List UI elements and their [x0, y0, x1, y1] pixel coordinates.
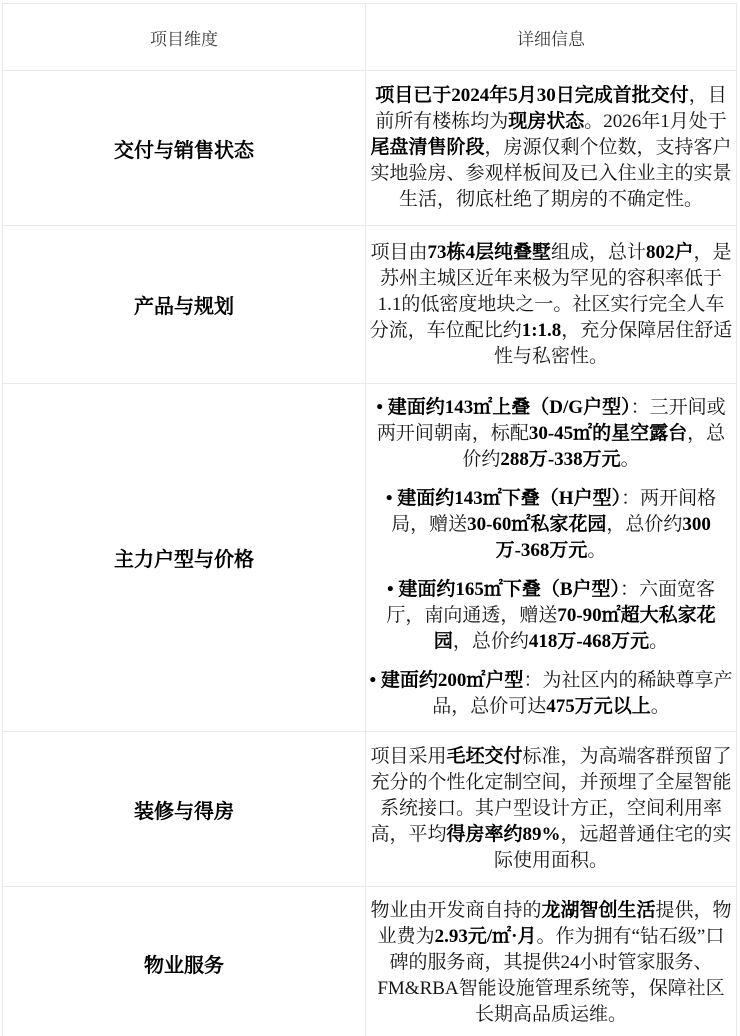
text-segment: 得房率约89% — [446, 824, 560, 845]
text-segment: 项目采用 — [370, 746, 446, 767]
table-row: 物业服务 物业由开发商自持的龙湖智创生活提供，物业费为2.93元/㎡·月。作为拥… — [3, 887, 737, 1036]
dimension-cell: 交付与销售状态 — [3, 71, 366, 226]
table-row: 主力户型与价格 • 建面约143㎡上叠（D/G户型）：三开间或两开间朝南，标配3… — [3, 384, 737, 732]
details-paragraph: 项目采用毛坯交付标准，为高端客群预留了充分的个性化定制空间，并预埋了全屋智能系统… — [369, 744, 733, 874]
dimension-cell: 产品与规划 — [3, 226, 366, 384]
text-segment: 288万-338万元 — [500, 449, 620, 470]
details-paragraph: • 建面约200㎡户型：为社区内的稀缺尊享产品，总价可达475万元以上。 — [369, 668, 733, 720]
text-segment: 尾盘清售阶段 — [370, 137, 484, 158]
text-segment: 。 — [621, 449, 640, 470]
text-segment: 475万元以上 — [546, 696, 651, 717]
text-segment: ，总价约 — [453, 631, 529, 652]
details-cell: • 建面约143㎡上叠（D/G户型）：三开间或两开间朝南，标配30-45㎡的星空… — [366, 384, 737, 732]
details-paragraph: • 建面约143㎡上叠（D/G户型）：三开间或两开间朝南，标配30-45㎡的星空… — [369, 395, 733, 473]
text-segment: 。2026年1月处于 — [584, 111, 727, 132]
table-row: 产品与规划 项目由73栋4层纯叠墅组成，总计802户，是苏州主城区近年来极为罕见… — [3, 226, 737, 384]
text-segment: • 建面约143㎡下叠（H户型） — [386, 488, 621, 509]
dimension-cell: 物业服务 — [3, 887, 366, 1036]
details-cell: 项目已于2024年5月30日完成首批交付，目前所有楼栋均为现房状态。2026年1… — [366, 71, 737, 226]
text-segment: 802户 — [646, 242, 694, 263]
text-segment: 2.93元/㎡·月 — [435, 926, 537, 947]
text-segment: • 建面约165㎡下叠（B户型） — [387, 579, 620, 600]
text-segment: 1:1.8 — [522, 320, 562, 341]
table-row: 装修与得房 项目采用毛坯交付标准，为高端客群预留了充分的个性化定制空间，并预埋了… — [3, 732, 737, 887]
text-segment: 73栋4层纯叠墅 — [427, 242, 551, 263]
details-paragraph: 项目由73栋4层纯叠墅组成，总计802户，是苏州主城区近年来极为罕见的容积率低于… — [369, 240, 733, 370]
page: 项目维度 详细信息 交付与销售状态 项目已于2024年5月30日完成首批交付，目… — [0, 0, 740, 1036]
dimension-cell: 主力户型与价格 — [3, 384, 366, 732]
text-segment: 418万-468万元 — [529, 631, 649, 652]
text-segment: ，总价约 — [606, 514, 682, 535]
details-cell: 项目采用毛坯交付标准，为高端客群预留了充分的个性化定制空间，并预埋了全屋智能系统… — [366, 732, 737, 887]
table-body: 交付与销售状态 项目已于2024年5月30日完成首批交付，目前所有楼栋均为现房状… — [3, 71, 737, 1036]
text-segment: 30-60㎡私家花园 — [467, 514, 606, 535]
header-cell-dimension: 项目维度 — [3, 4, 366, 71]
text-segment: • 建面约200㎡户型 — [370, 670, 524, 691]
dimension-cell: 装修与得房 — [3, 732, 366, 887]
text-segment: 。 — [587, 540, 606, 561]
text-segment: 项目由 — [370, 242, 427, 263]
text-segment: 龙湖智创生活 — [541, 900, 655, 921]
text-segment: 现房状态 — [508, 111, 584, 132]
text-segment: 毛坯交付 — [446, 746, 522, 767]
header-row: 项目维度 详细信息 — [3, 4, 737, 71]
details-paragraph: 项目已于2024年5月30日完成首批交付，目前所有楼栋均为现房状态。2026年1… — [369, 83, 733, 213]
text-segment: 组成，总计 — [551, 242, 646, 263]
text-segment: 30-45㎡的星空露台 — [529, 423, 687, 444]
details-cell: 物业由开发商自持的龙湖智创生活提供，物业费为2.93元/㎡·月。作为拥有“钻石级… — [366, 887, 737, 1036]
details-paragraph: • 建面约165㎡下叠（B户型）：六面宽客厅，南向通透，赠送70-90㎡超大私家… — [369, 577, 733, 655]
table-row: 交付与销售状态 项目已于2024年5月30日完成首批交付，目前所有楼栋均为现房状… — [3, 71, 737, 226]
text-segment: 。 — [651, 696, 670, 717]
details-cell: 项目由73栋4层纯叠墅组成，总计802户，是苏州主城区近年来极为罕见的容积率低于… — [366, 226, 737, 384]
header-cell-details: 详细信息 — [366, 4, 737, 71]
text-segment: • 建面约143㎡上叠（D/G户型） — [376, 397, 630, 418]
details-paragraph: 物业由开发商自持的龙湖智创生活提供，物业费为2.93元/㎡·月。作为拥有“钻石级… — [369, 898, 733, 1028]
text-segment: 项目已于2024年5月30日完成首批交付 — [375, 85, 689, 106]
text-segment: 物业由开发商自持的 — [370, 900, 541, 921]
text-segment: 。 — [649, 631, 668, 652]
details-paragraph: • 建面约143㎡下叠（H户型）：两开间格局，赠送30-60㎡私家花园，总价约3… — [369, 486, 733, 564]
table-header: 项目维度 详细信息 — [3, 4, 737, 71]
project-info-table: 项目维度 详细信息 交付与销售状态 项目已于2024年5月30日完成首批交付，目… — [2, 3, 737, 1036]
